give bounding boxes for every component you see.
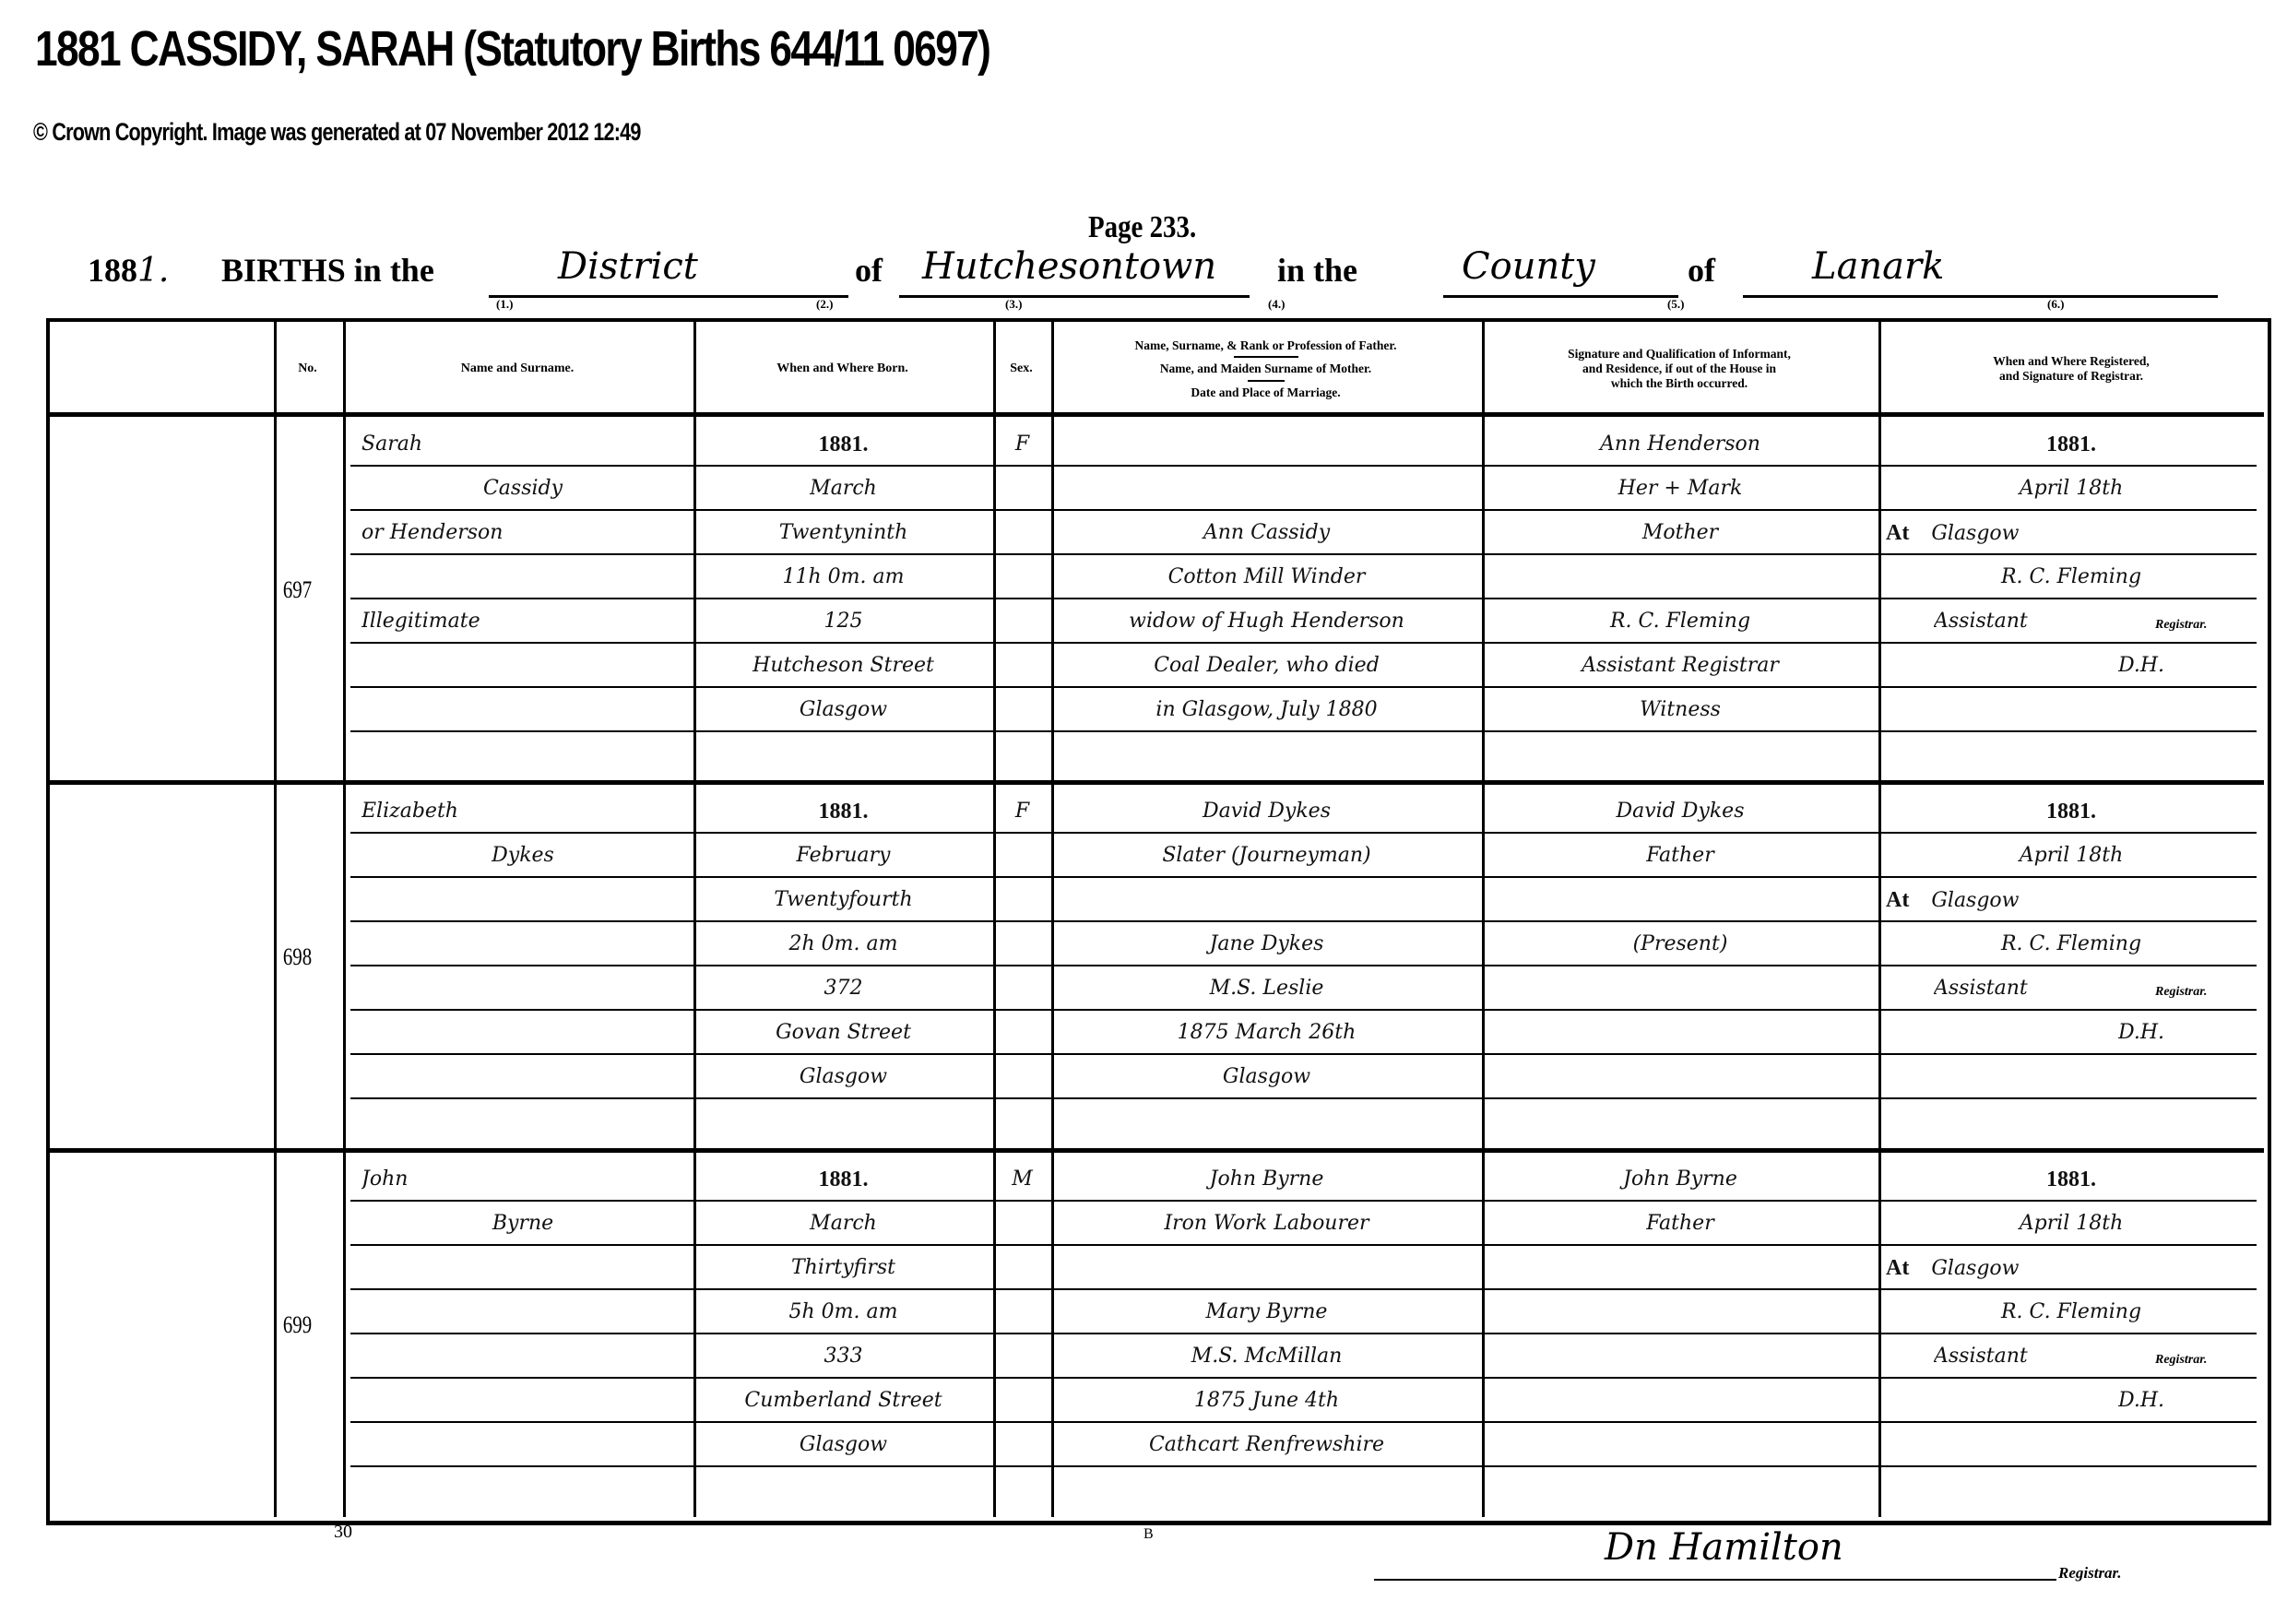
child-name-line [361,1336,684,1377]
birth-detail-line: Cumberland Street [701,1381,986,1421]
column-rule [1482,318,1485,1517]
ruled-line [350,1200,2257,1202]
child-name-line [361,968,684,1009]
district-name-blank [899,295,1250,298]
col-header-registered-line1: When and Where Registered, [1993,354,2150,369]
header-divider [1248,380,1285,382]
registrar-initials: D.H. [2118,1381,2229,1421]
child-name-line [361,690,684,730]
column-number-1: (1.) [496,297,513,312]
informant-detail-line: Her + Mark [1489,468,1871,509]
birth-detail-line: 333 [701,1336,986,1377]
registration-date: April 18th [1897,836,2245,876]
ruled-line [350,1097,2257,1099]
informant-detail-line: Witness [1489,690,1871,730]
child-name-line [361,646,684,686]
registrar-signature: Dn Hamilton [1605,1526,1843,1569]
birth-detail-line: Glasgow [701,1425,986,1465]
informant-detail-line: David Dykes [1489,791,1871,832]
county-type: County [1462,245,1595,288]
birth-detail-line: 11h 0m. am [701,557,986,598]
ruled-line [350,465,2257,467]
entry-separator [46,780,2264,785]
ruled-line [350,553,2257,555]
footer-page-mark: 30 [334,1522,352,1543]
registration-year: 1881. [1897,1159,2245,1200]
birth-detail-line: 1881. [701,424,986,465]
informant-detail-line [1489,1336,1871,1377]
of-label-1: of [855,251,883,290]
entry-separator [46,1148,2264,1153]
parent-detail-line: Mary Byrne [1059,1292,1475,1333]
child-name-line: John [361,1159,684,1200]
informant-detail-line [1489,1292,1871,1333]
registration-place: Glasgow [1931,1257,2019,1280]
ruled-line [350,965,2257,966]
ruled-line [350,832,2257,834]
registration-date: April 18th [1897,1203,2245,1244]
column-rule [1051,318,1054,1517]
ruled-line [350,1421,2257,1423]
registration-date: April 18th [1897,468,2245,509]
column-number-2: (2.) [816,297,833,312]
header-divider [1234,356,1298,358]
district-name: Hutchesontown [922,245,1216,288]
parent-detail-line: Ann Cassidy [1059,513,1475,553]
child-name-line: Sarah [361,424,684,465]
sex-value: M [997,1159,1048,1200]
birth-detail-line: Thirtyfirst [701,1248,986,1288]
registration-place: Glasgow [1931,522,2019,545]
parent-detail-line: Coal Dealer, who died [1059,646,1475,686]
birth-detail-line: 125 [701,601,986,642]
informant-detail-line: Assistant Registrar [1489,646,1871,686]
entry-number: 697 [283,576,312,604]
copyright-notice: © Crown Copyright. Image was generated a… [33,118,641,147]
birth-detail-line: March [701,1203,986,1244]
ruled-line [350,509,2257,511]
at-label: At [1886,521,1909,545]
county-name-blank [1743,295,2218,298]
child-name-line [361,1248,684,1288]
in-the-label: in the [1277,251,1357,290]
parent-detail-line [1059,424,1475,465]
child-name-line [361,880,684,920]
col-header-no: No. [274,325,341,413]
column-number-5: (5.) [1667,297,1684,312]
entry-number: 699 [283,1311,312,1339]
registrar-initials: D.H. [2118,646,2229,686]
county-name: Lanark [1812,245,1944,288]
registrar-name: R. C. Fleming [1897,1292,2245,1333]
registrar-name: R. C. Fleming [1897,557,2245,598]
child-name-line [361,924,684,965]
birth-detail-line: 1881. [701,1159,986,1200]
col-header-name: Name and Surname. [343,325,692,413]
informant-detail-line: John Byrne [1489,1159,1871,1200]
parent-detail-line: 1875 June 4th [1059,1381,1475,1421]
ruled-line [350,686,2257,688]
col-header-informant-line1: Signature and Qualification of Informant… [1568,347,1791,362]
parent-detail-line: widow of Hugh Henderson [1059,601,1475,642]
district-type: District [558,245,698,288]
informant-detail-line [1489,1248,1871,1288]
registration-place: Glasgow [1931,889,2019,912]
ruled-line [350,642,2257,644]
registration-year: 1881. [1897,791,2245,832]
column-number-4: (4.) [1268,297,1285,312]
ruled-line [350,1465,2257,1467]
informant-detail-line [1489,1425,1871,1465]
informant-detail-line: Father [1489,1203,1871,1244]
parent-detail-line: Iron Work Labourer [1059,1203,1475,1244]
parent-detail-line: in Glasgow, July 1880 [1059,690,1475,730]
parent-detail-line: Jane Dykes [1059,924,1475,965]
child-name-line: Dykes [361,836,684,876]
informant-detail-line [1489,1057,1871,1097]
birth-detail-line: 2h 0m. am [701,924,986,965]
birth-detail-line: March [701,468,986,509]
document-title: 1881 CASSIDY, SARAH (Statutory Births 64… [35,20,989,77]
parent-detail-line: Cotton Mill Winder [1059,557,1475,598]
birth-detail-line: 372 [701,968,986,1009]
registrar-label: Registrar. [2155,985,2207,1000]
entry-number: 698 [283,943,312,971]
ruled-line [350,1333,2257,1334]
informant-detail-line [1489,557,1871,598]
births-label: BIRTHS in the [221,251,434,290]
register-heading: 1881. BIRTHS in the District of Hutcheso… [88,251,2209,297]
ruled-line [350,598,2257,599]
col-header-sex: Sex. [993,325,1049,413]
birth-detail-line: Twentyfourth [701,880,986,920]
register-year: 1881. [88,251,169,290]
informant-detail-line: Ann Henderson [1489,424,1871,465]
registration-place-line: AtGlasgow [1886,1248,2245,1288]
ruled-line [350,876,2257,878]
col-header-informant-line3: which the Birth occurred. [1611,376,1748,391]
signature-line [1374,1579,2056,1581]
ruled-line [350,920,2257,922]
birth-detail-line: Govan Street [701,1013,986,1053]
registrar-qualification: Assistant [1934,601,2137,642]
col-header-father: Name, Surname, & Rank or Profession of F… [1051,325,1480,413]
registrar-initials: D.H. [2118,1013,2229,1053]
birth-detail-line: Glasgow [701,1057,986,1097]
birth-detail-line: Hutcheson Street [701,646,986,686]
column-number-3: (3.) [1005,297,1022,312]
at-label: At [1886,888,1909,912]
column-rule [993,318,996,1517]
at-label: At [1886,1256,1909,1280]
district-type-blank [489,295,848,298]
of-label-2: of [1688,251,1715,290]
child-name-line [361,1425,684,1465]
ruled-line [350,1244,2257,1246]
registration-place-line: AtGlasgow [1886,513,2245,553]
parent-detail-line: M.S. McMillan [1059,1336,1475,1377]
parent-detail-line: John Byrne [1059,1159,1475,1200]
col-header-registered-line2: and Signature of Registrar. [1999,369,2143,384]
col-header-informant: Signature and Qualification of Informant… [1482,325,1877,413]
col-header-father-line3: Date and Place of Marriage. [1191,384,1340,402]
informant-detail-line: (Present) [1489,924,1871,965]
child-name-line [361,1381,684,1421]
parent-detail-line: M.S. Leslie [1059,968,1475,1009]
parent-detail-line: David Dykes [1059,791,1475,832]
child-name-line: Elizabeth [361,791,684,832]
registrar-qualification: Assistant [1934,968,2137,1009]
sex-value: F [997,791,1048,832]
informant-detail-line [1489,1381,1871,1421]
parent-detail-line [1059,468,1475,509]
child-name-line: Byrne [361,1203,684,1244]
birth-detail-line: Glasgow [701,690,986,730]
registration-place-line: AtGlasgow [1886,880,2245,920]
ruled-line [350,1009,2257,1011]
child-name-line: or Henderson [361,513,684,553]
ruled-line [350,1288,2257,1290]
registrar-label: Registrar. [2155,1353,2207,1368]
parent-detail-line: 1875 March 26th [1059,1013,1475,1053]
informant-detail-line: R. C. Fleming [1489,601,1871,642]
child-name-line [361,1013,684,1053]
footer-center-mark: B [1143,1526,1154,1543]
parent-detail-line [1059,1248,1475,1288]
informant-detail-line: Father [1489,836,1871,876]
informant-detail-line: Mother [1489,513,1871,553]
informant-detail-line [1489,880,1871,920]
page-number: Page 233. [1088,210,1196,245]
parent-detail-line: Cathcart Renfrewshire [1059,1425,1475,1465]
col-header-father-line1: Name, Surname, & Rank or Profession of F… [1135,337,1397,355]
child-name-line [361,1057,684,1097]
column-rule [343,318,346,1517]
child-name-line [361,1292,684,1333]
birth-detail-line: Twentyninth [701,513,986,553]
registrar-qualification: Assistant [1934,1336,2137,1377]
column-rule [693,318,696,1517]
parent-detail-line [1059,880,1475,920]
informant-detail-line [1489,968,1871,1009]
child-name-line: Illegitimate [361,601,684,642]
column-rule [274,318,277,1517]
sex-value: F [997,424,1048,465]
column-number-6: (6.) [2047,297,2064,312]
col-header-informant-line2: and Residence, if out of the House in [1582,362,1776,376]
footer-registrar-label: Registrar. [2058,1564,2122,1583]
col-header-father-line2: Name, and Maiden Surname of Mother. [1160,360,1371,378]
ruled-line [350,730,2257,732]
ruled-line [350,1053,2257,1055]
county-type-blank [1443,295,1678,298]
registration-year: 1881. [1897,424,2245,465]
ruled-line [350,1377,2257,1379]
child-name-line [361,557,684,598]
column-rule [1878,318,1881,1517]
parent-detail-line: Slater (Journeyman) [1059,836,1475,876]
col-header-registered: When and Where Registered, and Signature… [1878,325,2264,413]
birth-detail-line: February [701,836,986,876]
registrar-name: R. C. Fleming [1897,924,2245,965]
parent-detail-line: Glasgow [1059,1057,1475,1097]
birth-detail-line: 5h 0m. am [701,1292,986,1333]
birth-detail-line: 1881. [701,791,986,832]
registrar-label: Registrar. [2155,618,2207,633]
child-name-line: Cassidy [361,468,684,509]
col-header-born: When and Where Born. [693,325,991,413]
informant-detail-line [1489,1013,1871,1053]
